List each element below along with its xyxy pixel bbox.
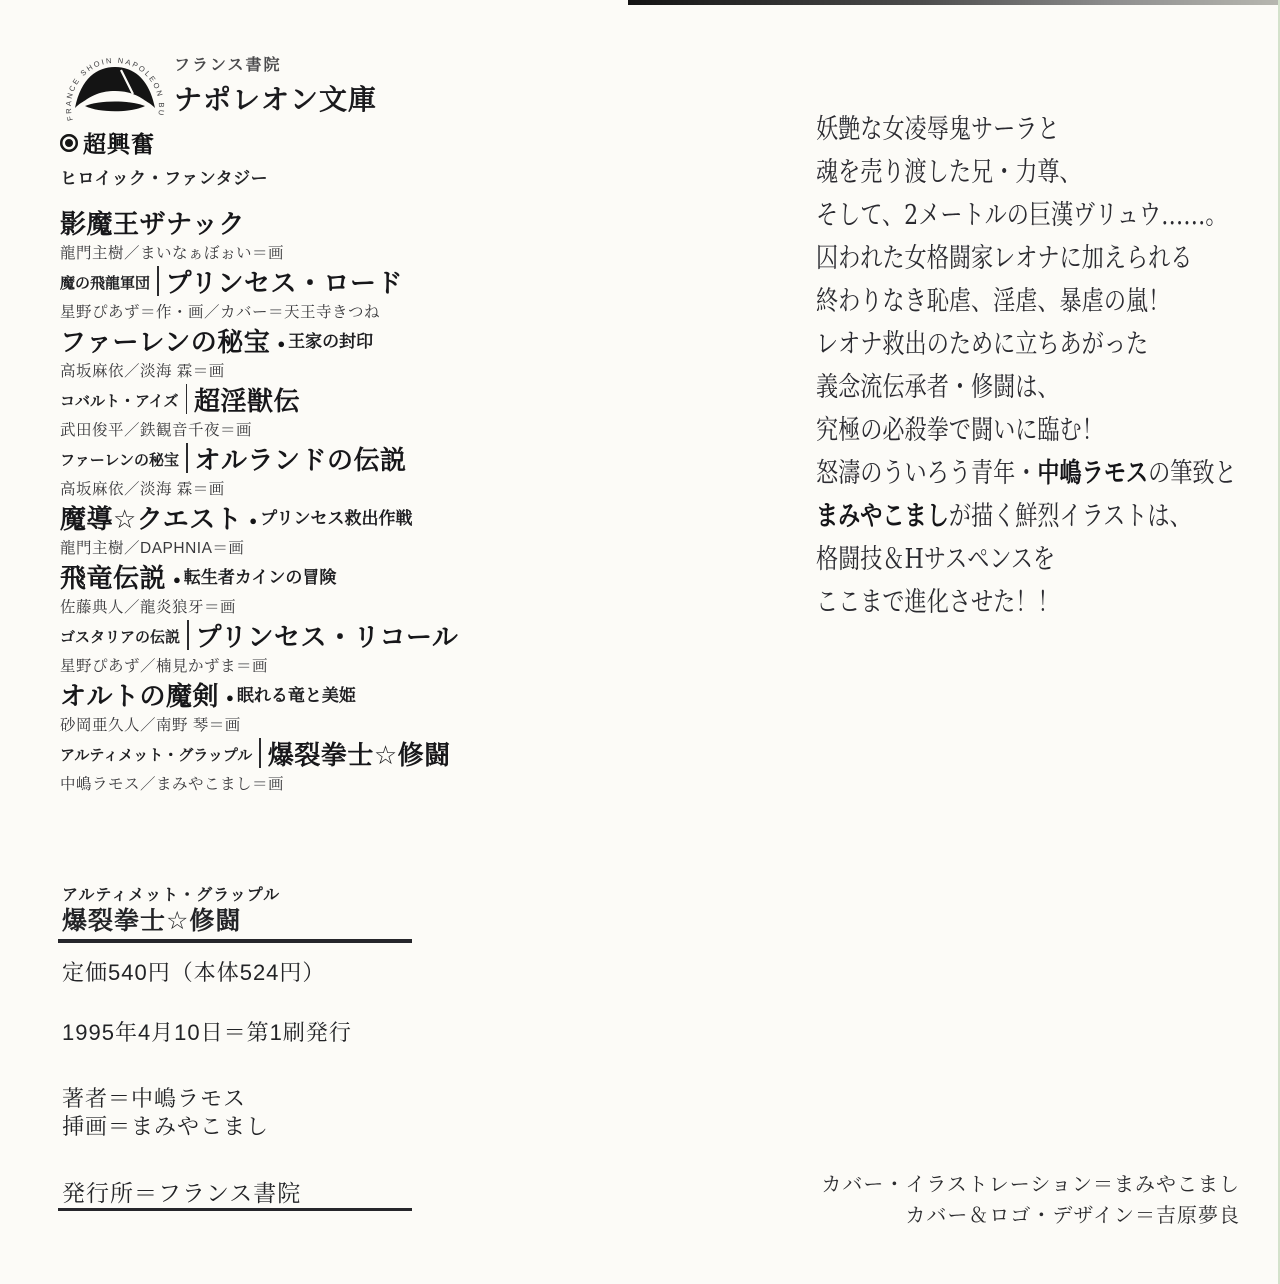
- separator-bar: [157, 266, 159, 296]
- book-entry: 飛竜伝説●転生者カインの冒険佐藤典人／龍炎狼牙＝画: [60, 556, 500, 615]
- blurb-line: レオナ救出のために立ちあがった: [816, 323, 1185, 366]
- book-entry: ファーレンの秘宝●王家の封印高坂麻依／淡海 霖＝画: [60, 320, 500, 379]
- book-entry: ゴスタリアの伝説プリンセス・リコール星野ぴあず／楠見かずま＝画: [60, 615, 500, 674]
- book-entry: ファーレンの秘宝オルランドの伝説高坂麻依／淡海 霖＝画: [60, 438, 500, 497]
- book-title-line: オルトの魔剣●眠れる竜と美姫: [60, 674, 500, 709]
- book-entry: オルトの魔剣●眠れる竜と美姫砂岡亜久人／南野 琴＝画: [60, 674, 500, 733]
- book-byline: 武田俊平／鉄観音千夜＝画: [60, 418, 500, 440]
- cover-logo-design-credit: カバー＆ロゴ・デザイン＝吉原夢良: [821, 1201, 1240, 1232]
- book-byline: 砂岡亜久人／南野 琴＝画: [60, 713, 500, 735]
- blurb-line: 囚われた女格闘家レオナに加えられる: [816, 237, 1185, 280]
- book-title-line: アルティメット・グラップル爆裂拳士☆修闘: [60, 733, 500, 768]
- blurb-highlight-name: まみやこまし: [816, 501, 949, 532]
- book-title: オルトの魔剣: [60, 683, 219, 709]
- book-byline: 中嶋ラモス／まみやこまし＝画: [60, 772, 500, 794]
- blurb-line: そして、2メートルの巨漢ヴリュウ……。: [816, 194, 1185, 237]
- book-entry: 魔の飛龍軍団プリンセス・ロード星野ぴあず＝作・画／カバー＝天王寺きつね: [60, 261, 500, 320]
- catalog-header-label: 超興奮: [83, 126, 155, 159]
- book-series-label: ファーレンの秘宝: [60, 449, 179, 473]
- book-title: 影魔王ザナック: [60, 211, 245, 237]
- book-title-line: 影魔王ザナック: [60, 202, 500, 237]
- book-byline: 星野ぴあず／楠見かずま＝画: [60, 654, 500, 676]
- book-series-label: コバルト・アイズ: [60, 390, 179, 414]
- blurb-line: 義念流伝承者・修闘は、: [816, 366, 1185, 409]
- brand-text: フランス書院 ナポレオン文庫: [174, 42, 377, 118]
- colophon-series: アルティメット・グラップル: [62, 882, 280, 905]
- book-entry: アルティメット・グラップル爆裂拳士☆修闘中嶋ラモス／まみやこまし＝画: [60, 733, 500, 792]
- blurb-text: レオナ救出のために立ちあがった: [816, 329, 1148, 360]
- blurb-highlight-name: 中嶋ラモス: [1037, 458, 1148, 489]
- book-series-label: アルティメット・グラップル: [60, 744, 252, 768]
- blurb-text: 怒濤のういろう青年・: [816, 458, 1037, 489]
- blurb-line: ここまで進化させた！！: [816, 581, 1185, 624]
- book-list: 影魔王ザナック龍門主樹／まいなぁぼぉい＝画魔の飛龍軍団プリンセス・ロード星野ぴあ…: [60, 202, 500, 792]
- book-byline: 高坂麻依／淡海 霖＝画: [60, 359, 500, 381]
- blurb-text: 魂を売り渡した兄・力尊、: [816, 157, 1082, 188]
- blurb-text: の筆致と: [1148, 458, 1237, 489]
- separator-bar: [259, 738, 261, 768]
- book-subtitle: プリンセス救出作戦: [260, 504, 412, 532]
- bullet-icon: ●: [219, 691, 237, 709]
- book-entry: コバルト・アイズ超淫獣伝武田俊平／鉄観音千夜＝画: [60, 379, 500, 438]
- blurb-text: 囚われた女格闘家レオナに加えられる: [816, 243, 1192, 274]
- book-title-line: ファーレンの秘宝オルランドの伝説: [60, 438, 500, 473]
- book-byline: 龍門主樹／DAPHNIA＝画: [60, 536, 500, 558]
- book-entry: 魔導☆クエスト●プリンセス救出作戦龍門主樹／DAPHNIA＝画: [60, 497, 500, 556]
- scan-edge-top: [628, 0, 1280, 5]
- blurb-text: 格闘技＆Hサスペンスを: [816, 544, 1055, 575]
- publisher-brand: FRANCE SHOIN NAPOLEON BUNKO フランス書院 ナポレオン…: [58, 42, 377, 130]
- blurb-text: 終わりなき恥虐、淫虐、暴虐の嵐！: [816, 286, 1170, 317]
- book-subtitle: 眠れる竜と美姫: [237, 681, 356, 709]
- book-subtitle: 王家の封印: [288, 327, 373, 355]
- catalog-subheader: ヒロイック・ファンタジー: [60, 164, 500, 189]
- book-entry: 影魔王ザナック龍門主樹／まいなぁぼぉい＝画: [60, 202, 500, 261]
- blurb-line: 魂を売り渡した兄・力尊、: [816, 151, 1185, 194]
- book-title-line: ゴスタリアの伝説プリンセス・リコール: [60, 615, 500, 650]
- scanned-book-page: FRANCE SHOIN NAPOLEON BUNKO フランス書院 ナポレオン…: [0, 0, 1280, 1284]
- cover-credits: カバー・イラストレーション＝まみやこまし カバー＆ロゴ・デザイン＝吉原夢良: [821, 1170, 1240, 1232]
- blurb-text: 妖艶な女凌辱鬼サーラと: [816, 114, 1060, 145]
- blurb-line: 究極の必殺拳で闘いに臨む！: [816, 409, 1185, 452]
- book-title: 魔導☆クエスト: [60, 506, 242, 532]
- separator-bar: [186, 384, 188, 414]
- blurb-line: 終わりなき恥虐、淫虐、暴虐の嵐！: [816, 280, 1185, 323]
- book-byline: 龍門主樹／まいなぁぼぉい＝画: [60, 241, 500, 263]
- book-byline: 高坂麻依／淡海 霖＝画: [60, 477, 500, 499]
- blurb-line: まみやこましが描く鮮烈イラストは、: [816, 495, 1185, 538]
- promo-blurb: 妖艶な女凌辱鬼サーラと魂を売り渡した兄・力尊、そして、2メートルの巨漢ヴリュウ……: [816, 108, 1266, 624]
- divider-rule-top: [58, 939, 412, 943]
- bullet-icon: ●: [166, 573, 184, 591]
- separator-bar: [187, 620, 189, 650]
- book-catalog: 超興奮 ヒロイック・ファンタジー 影魔王ザナック龍門主樹／まいなぁぼぉい＝画魔の…: [60, 126, 500, 792]
- bullet-icon: ●: [242, 514, 260, 532]
- publisher-name: フランス書院: [174, 52, 377, 75]
- colophon-title: 爆裂拳士☆修闘: [62, 901, 241, 937]
- catalog-header: 超興奮: [60, 126, 500, 159]
- blurb-line: 妖艶な女凌辱鬼サーラと: [816, 108, 1185, 151]
- book-title: プリンセス・リコール: [196, 624, 459, 650]
- author-line: 著者＝中嶋ラモス: [62, 1082, 246, 1113]
- book-byline: 佐藤典人／龍炎狼牙＝画: [60, 595, 500, 617]
- book-title: オルランドの伝説: [195, 447, 407, 473]
- separator-bar: [186, 443, 188, 473]
- book-subtitle: 転生者カインの冒険: [184, 563, 337, 591]
- book-title-line: 魔導☆クエスト●プリンセス救出作戦: [60, 497, 500, 532]
- blurb-text: が描く鮮烈イラストは、: [949, 501, 1192, 532]
- divider-rule-bottom: [58, 1208, 412, 1211]
- illustrator-line: 挿画＝まみやこまし: [62, 1110, 269, 1141]
- book-title-line: 飛竜伝説●転生者カインの冒険: [60, 556, 500, 591]
- price-line: 定価540円（本体524円）: [62, 956, 325, 987]
- book-title-line: 魔の飛龍軍団プリンセス・ロード: [60, 261, 500, 296]
- book-title: 超淫獣伝: [194, 388, 300, 414]
- blurb-text: 義念流伝承者・修闘は、: [816, 372, 1060, 403]
- book-title: 飛竜伝説: [60, 565, 166, 591]
- book-series-label: 魔の飛龍軍団: [60, 272, 150, 296]
- bullet-icon: ●: [270, 337, 288, 355]
- book-title: 爆裂拳士☆修闘: [268, 742, 451, 768]
- book-byline: 星野ぴあず＝作・画／カバー＝天王寺きつね: [60, 300, 500, 322]
- imprint-name: ナポレオン文庫: [174, 78, 377, 118]
- ring-bullet-icon: [60, 134, 78, 152]
- blurb-text: そして、2メートルの巨漢ヴリュウ……。: [816, 200, 1227, 231]
- book-title: ファーレンの秘宝: [60, 329, 270, 355]
- cover-illustration-credit: カバー・イラストレーション＝まみやこまし: [821, 1170, 1240, 1201]
- blurb-line: 格闘技＆Hサスペンスを: [816, 538, 1185, 581]
- blurb-line: 怒濤のういろう青年・中嶋ラモスの筆致と: [816, 452, 1185, 495]
- blurb-text: 究極の必殺拳で闘いに臨む！: [816, 415, 1104, 446]
- book-series-label: ゴスタリアの伝説: [60, 626, 180, 650]
- book-title-line: ファーレンの秘宝●王家の封印: [60, 320, 500, 355]
- book-title-line: コバルト・アイズ超淫獣伝: [60, 379, 500, 414]
- publisher-line: 発行所＝フランス書院: [62, 1175, 301, 1208]
- book-title: プリンセス・ロード: [166, 270, 403, 296]
- napoleon-hat-logo: FRANCE SHOIN NAPOLEON BUNKO: [58, 42, 172, 130]
- print-date-line: 1995年4月10日＝第1刷発行: [62, 1016, 352, 1047]
- blurb-text: ここまで進化させた！！: [816, 587, 1060, 618]
